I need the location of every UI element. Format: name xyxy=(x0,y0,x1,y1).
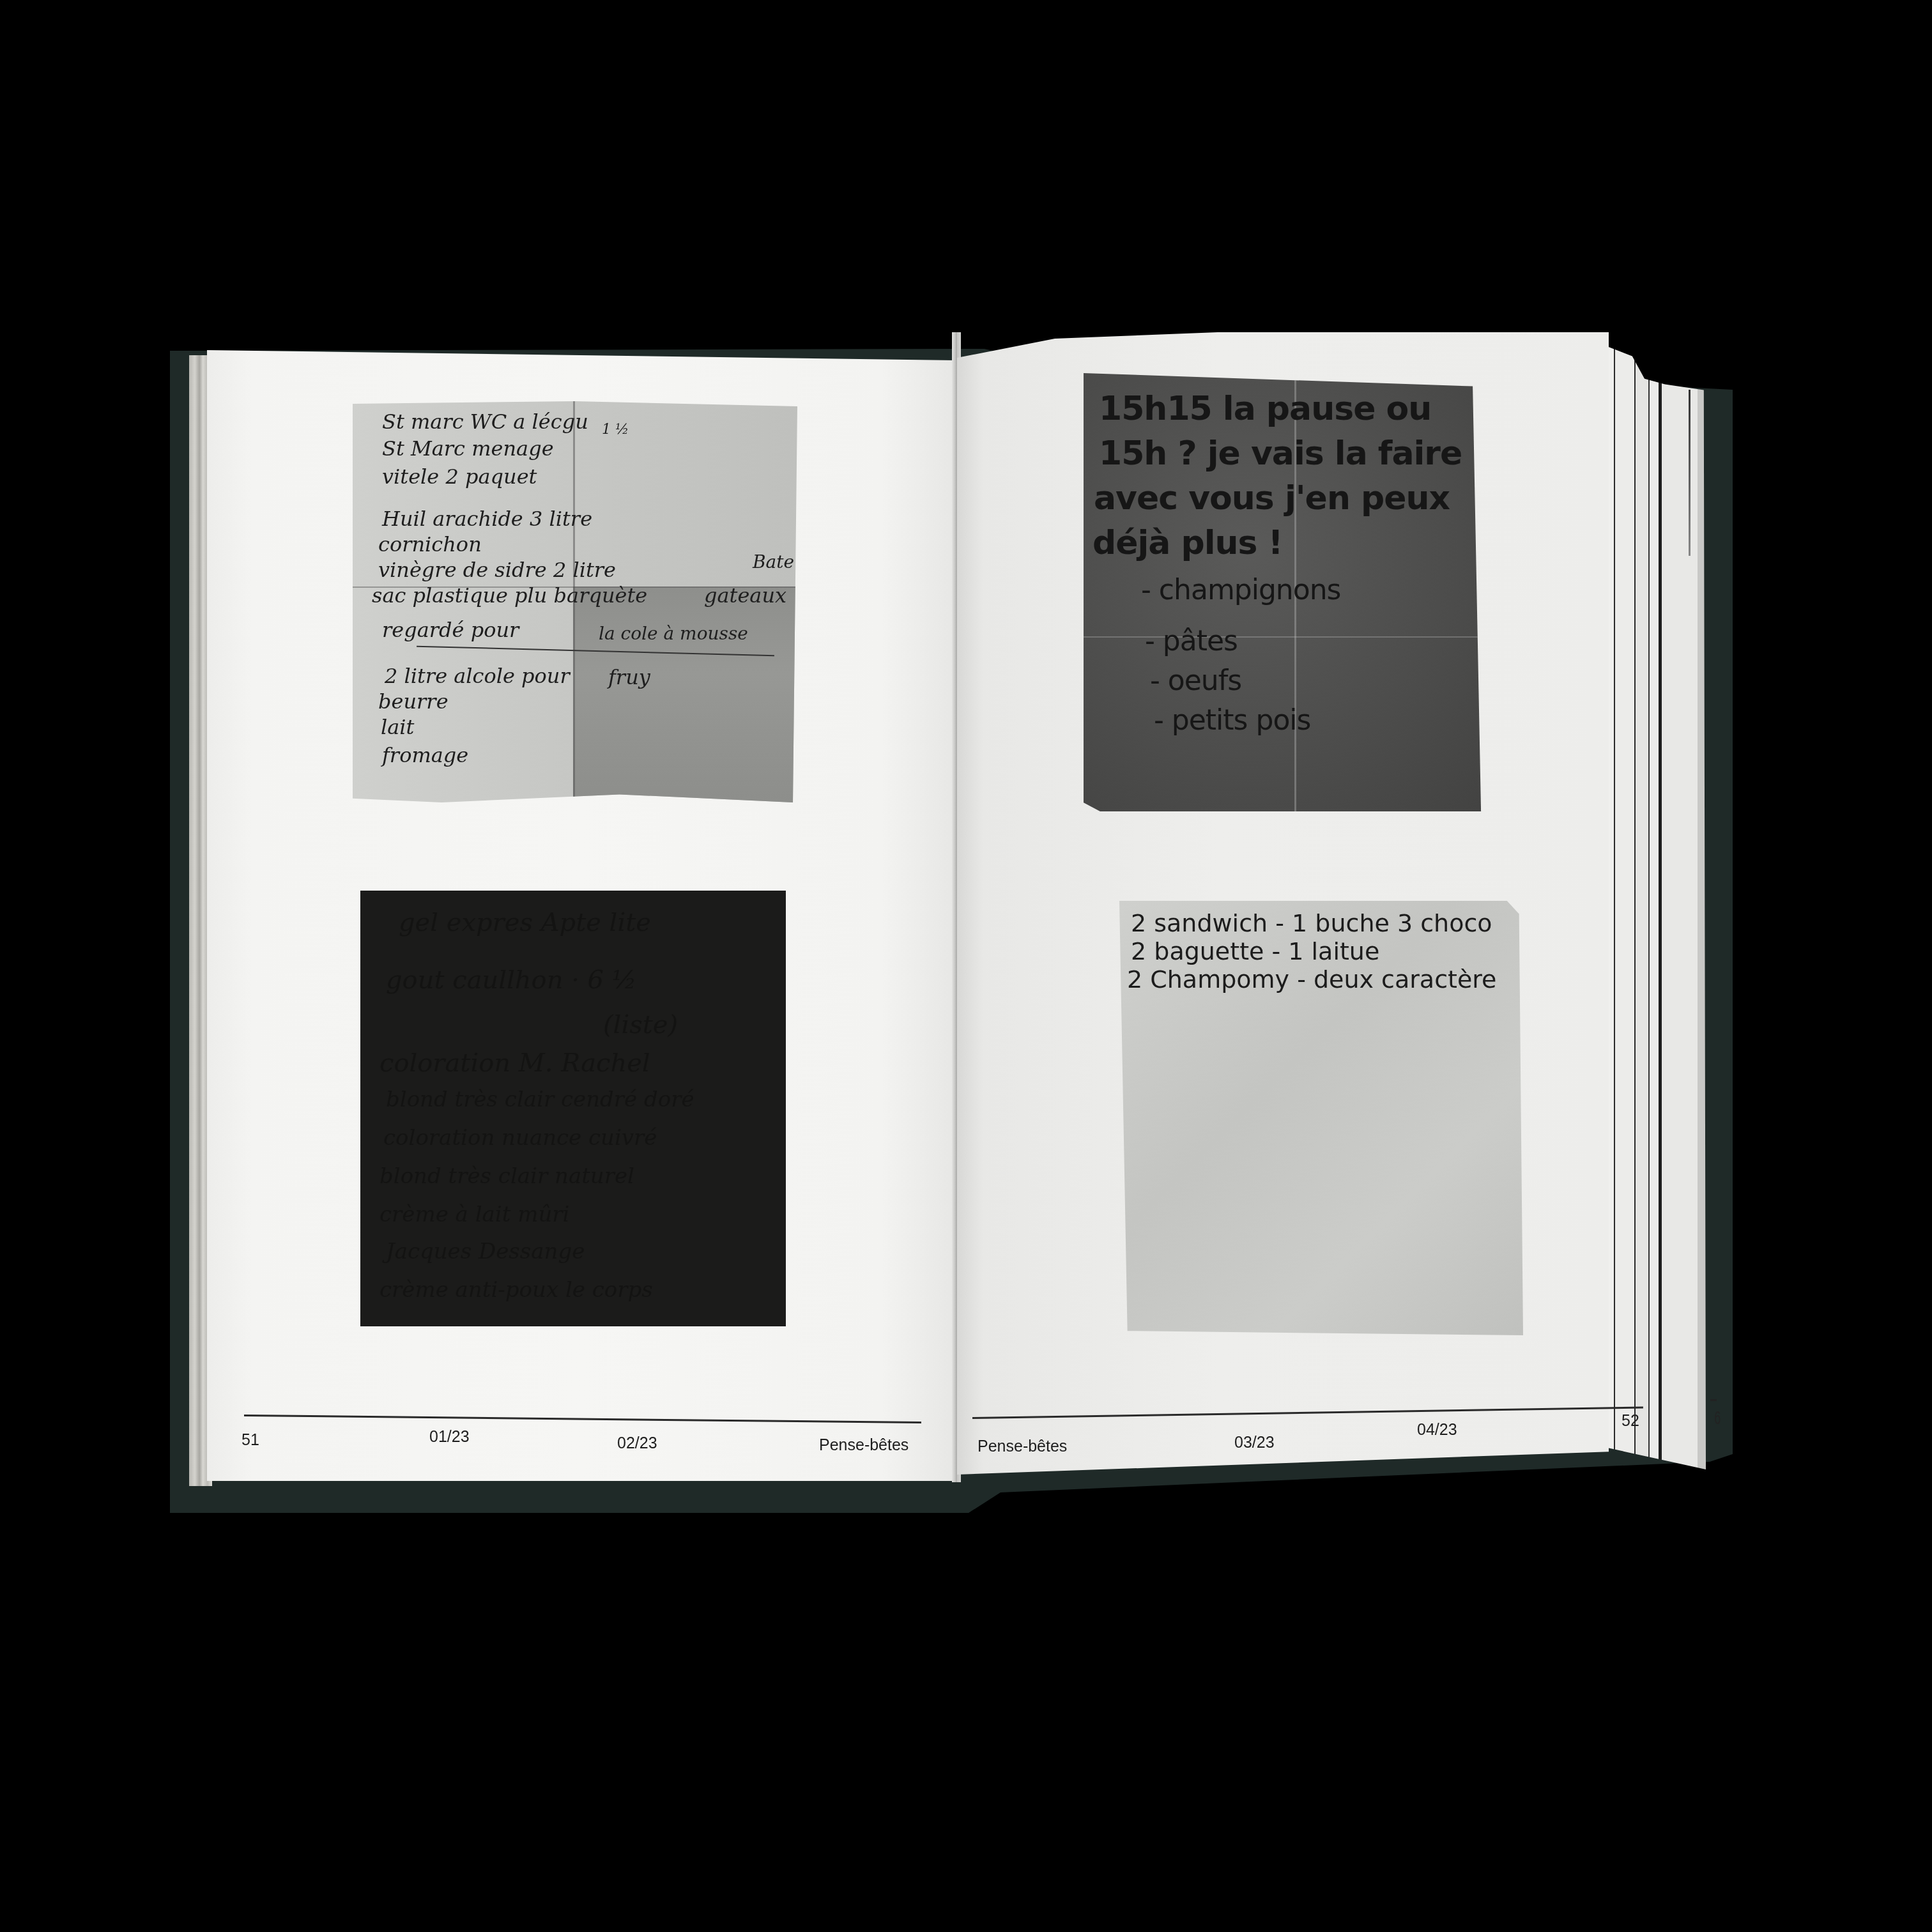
note-line: Huil arachide 3 litre xyxy=(382,509,592,529)
note-line: fromage xyxy=(382,745,468,765)
note-line: St marc WC a lécgu xyxy=(382,411,588,432)
running-title-right: Pense-bêtes xyxy=(977,1437,1067,1456)
note-image-02: gel expres Apte lite gout caullhon · 6 ½… xyxy=(360,891,786,1326)
note-line: 15h15 la pause ou xyxy=(1099,392,1431,425)
note-margin-text: fruy xyxy=(608,667,650,687)
note-line: coloration nuance cuivré xyxy=(383,1127,657,1149)
page-edge-rule xyxy=(1689,390,1690,556)
note-line: crème anti-poux le corps xyxy=(379,1279,653,1301)
note-line: coloration M. Rachel xyxy=(379,1050,650,1076)
note-line: 15h ? je vais la faire xyxy=(1099,437,1462,470)
note-shadow-region xyxy=(573,586,797,802)
note-line: 2 Champomy - deux caractère xyxy=(1127,967,1497,992)
running-title-left: Pense-bêtes xyxy=(819,1436,908,1455)
footer-index: 03/23 xyxy=(1234,1434,1275,1452)
note-line: 2 sandwich - 1 buche 3 choco xyxy=(1131,911,1492,935)
note-line: (liste) xyxy=(603,1012,678,1038)
note-line: Jacques Dessange xyxy=(386,1241,585,1262)
note-line: gout caullhon · 6 ½ xyxy=(386,967,637,993)
photo-background: 6 St marc WC a lécgu St Marc menage vite… xyxy=(0,0,1932,1932)
page-number-right: 52 xyxy=(1621,1412,1639,1430)
note-line: blond très clair naturel xyxy=(379,1165,634,1187)
note-image-04: 2 sandwich - 1 buche 3 choco 2 baguette … xyxy=(1119,901,1523,1335)
note-line: gel expres Apte lite xyxy=(399,910,651,935)
note-line: 2 baguette - 1 laitue xyxy=(1131,939,1379,963)
note-line: cornichon xyxy=(378,534,482,555)
note-line: avec vous j'en peux xyxy=(1094,482,1450,515)
note-line: vitele 2 paquet xyxy=(382,466,537,487)
page-edge-dash xyxy=(1710,1399,1717,1401)
note-line: sac plastique plu barquète xyxy=(372,585,647,606)
note-margin-text: Bate xyxy=(753,553,794,571)
note-margin-text: la cole à mousse xyxy=(599,625,748,643)
next-page-number-fragment: 6 xyxy=(1714,1407,1721,1429)
note-line: St Marc menage xyxy=(382,438,554,459)
note-line: - pâtes xyxy=(1145,627,1238,655)
note-line: vinègre de sidre 2 litre xyxy=(378,560,616,580)
note-line: déjà plus ! xyxy=(1092,526,1282,560)
note-margin-text: gateaux xyxy=(704,585,786,606)
note-line: lait xyxy=(381,717,414,737)
note-image-01: St marc WC a lécgu St Marc menage vitele… xyxy=(353,401,797,802)
note-line: - champignons xyxy=(1141,576,1340,604)
note-line: regardé pour xyxy=(382,620,519,640)
note-line: - petits pois xyxy=(1154,707,1311,735)
note-margin-text: 1 ½ xyxy=(602,423,629,437)
note-line: blond très clair cendré doré xyxy=(386,1089,694,1110)
note-line: crème à lait mûri xyxy=(379,1204,569,1225)
note-image-03: 15h15 la pause ou 15h ? je vais la faire… xyxy=(1084,373,1498,811)
footer-index: 04/23 xyxy=(1417,1421,1457,1439)
note-line: - oeufs xyxy=(1150,667,1241,695)
note-line: 2 litre alcole pour xyxy=(385,666,570,686)
page-stack-right xyxy=(1604,345,1706,1469)
footer-index: 01/23 xyxy=(429,1428,470,1446)
page-number-left: 51 xyxy=(241,1431,259,1450)
footer-index: 02/23 xyxy=(617,1434,657,1453)
note-line: beurre xyxy=(378,691,448,712)
